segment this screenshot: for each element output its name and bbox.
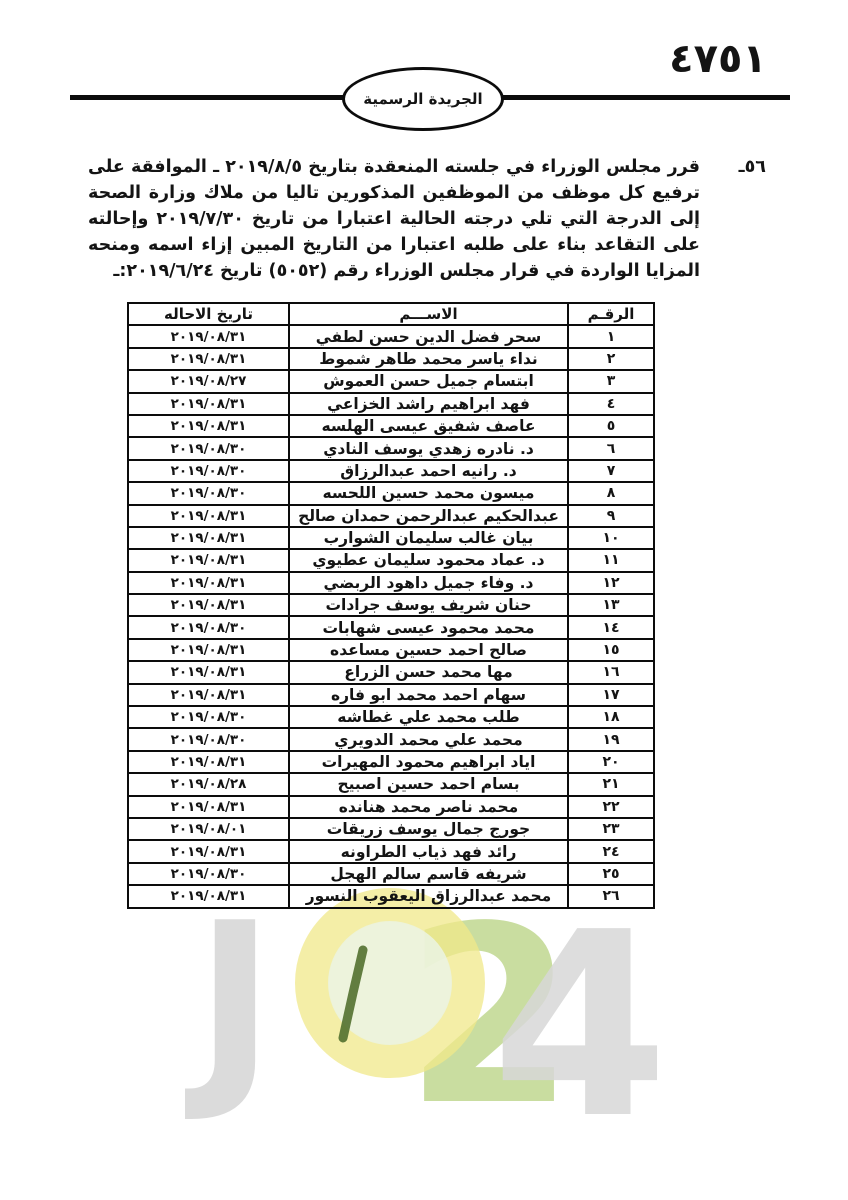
table-row: ٩ عبدالحكيم عبدالرحمن حمدان صالح ٢٠١٩/٠٨… <box>128 505 654 527</box>
header-number: الرقـم <box>568 303 654 325</box>
row-number-cell: ١٣ <box>568 594 654 616</box>
row-name-cell: د. رانيه احمد عبدالرزاق <box>289 460 568 482</box>
table-row: ١٣ حنان شريف يوسف جرادات ٢٠١٩/٠٨/٣١ <box>128 594 654 616</box>
row-name-cell: محمد علي محمد الدويري <box>289 728 568 750</box>
table-row: ٧ د. رانيه احمد عبدالرزاق ٢٠١٩/٠٨/٣٠ <box>128 460 654 482</box>
row-number-cell: ٢٣ <box>568 818 654 840</box>
row-date-cell: ٢٠١٩/٠٨/٣١ <box>128 348 289 370</box>
table-row: ٢٣ جورج جمال يوسف زريقات ٢٠١٩/٠٨/٠١ <box>128 818 654 840</box>
row-date-cell: ٢٠١٩/٠٨/٣١ <box>128 505 289 527</box>
row-name-cell: اياد ابراهيم محمود المهيرات <box>289 751 568 773</box>
row-number-cell: ١٩ <box>568 728 654 750</box>
row-name-cell: طلب محمد علي غطاشه <box>289 706 568 728</box>
row-number-cell: ١١ <box>568 549 654 571</box>
table-row: ٢١ بسام احمد حسين اصبيح ٢٠١٩/٠٨/٢٨ <box>128 773 654 795</box>
row-name-cell: عبدالحكيم عبدالرحمن حمدان صالح <box>289 505 568 527</box>
table-row: ٢٤ رائد فهد ذياب الطراونه ٢٠١٩/٠٨/٣١ <box>128 840 654 862</box>
table-row: ١٦ مها محمد حسن الزراع ٢٠١٩/٠٨/٣١ <box>128 661 654 683</box>
table-row: ٢٦ محمد عبدالرزاق اليعقوب النسور ٢٠١٩/٠٨… <box>128 885 654 907</box>
row-date-cell: ٢٠١٩/٠٨/٣١ <box>128 325 289 347</box>
row-number-cell: ٢٥ <box>568 863 654 885</box>
row-date-cell: ٢٠١٩/٠٨/٣١ <box>128 415 289 437</box>
header-name: الاســـم <box>289 303 568 325</box>
row-number-cell: ١٨ <box>568 706 654 728</box>
row-number-cell: ٤ <box>568 393 654 415</box>
table-row: ١٤ محمد محمود عيسى شهابات ٢٠١٩/٠٨/٣٠ <box>128 616 654 638</box>
row-name-cell: صالح احمد حسين مساعده <box>289 639 568 661</box>
header-date: تاريخ الاحاله <box>128 303 289 325</box>
row-date-cell: ٢٠١٩/٠٨/٣١ <box>128 840 289 862</box>
table-row: ٨ ميسون محمد حسين اللحسه ٢٠١٩/٠٨/٣٠ <box>128 482 654 504</box>
clock-hands-icon <box>343 950 363 1038</box>
row-name-cell: مها محمد حسن الزراع <box>289 661 568 683</box>
table-row: ١١ د. عماد محمود سليمان عطيوي ٢٠١٩/٠٨/٣١ <box>128 549 654 571</box>
row-number-cell: ٢١ <box>568 773 654 795</box>
row-number-cell: ٥ <box>568 415 654 437</box>
table-row: ١٠ بيان غالب سليمان الشوارب ٢٠١٩/٠٨/٣١ <box>128 527 654 549</box>
row-date-cell: ٢٠١٩/٠٨/٢٨ <box>128 773 289 795</box>
row-date-cell: ٢٠١٩/٠٨/٣١ <box>128 639 289 661</box>
row-name-cell: بسام احمد حسين اصبيح <box>289 773 568 795</box>
table-row: ٢٥ شريفه قاسم سالم الهجل ٢٠١٩/٠٨/٣٠ <box>128 863 654 885</box>
row-number-cell: ٢٦ <box>568 885 654 907</box>
retirement-table: الرقـم الاســـم تاريخ الاحاله ١ سحر فضل … <box>127 302 655 909</box>
row-date-cell: ٢٠١٩/٠٨/٣١ <box>128 796 289 818</box>
row-date-cell: ٢٠١٩/٠٨/٣١ <box>128 594 289 616</box>
row-name-cell: د. عماد محمود سليمان عطيوي <box>289 549 568 571</box>
table-row: ٦ د. نادره زهدي يوسف النادي ٢٠١٩/٠٨/٣٠ <box>128 437 654 459</box>
row-number-cell: ١ <box>568 325 654 347</box>
row-date-cell: ٢٠١٩/٠٨/٣١ <box>128 572 289 594</box>
gazette-banner: الجريدة الرسمية <box>342 67 504 131</box>
row-name-cell: محمد ناصر محمد هنانده <box>289 796 568 818</box>
row-name-cell: حنان شريف يوسف جرادات <box>289 594 568 616</box>
row-number-cell: ٩ <box>568 505 654 527</box>
row-number-cell: ٧ <box>568 460 654 482</box>
row-date-cell: ٢٠١٩/٠٨/٣٠ <box>128 728 289 750</box>
table-row: ١٧ سهام احمد محمد ابو فاره ٢٠١٩/٠٨/٣١ <box>128 684 654 706</box>
row-date-cell: ٢٠١٩/٠٨/٣٠ <box>128 482 289 504</box>
row-name-cell: رائد فهد ذياب الطراونه <box>289 840 568 862</box>
row-date-cell: ٢٠١٩/٠٨/٣٠ <box>128 437 289 459</box>
row-number-cell: ٢٤ <box>568 840 654 862</box>
row-name-cell: محمد محمود عيسى شهابات <box>289 616 568 638</box>
row-name-cell: بيان غالب سليمان الشوارب <box>289 527 568 549</box>
row-number-cell: ٨ <box>568 482 654 504</box>
row-date-cell: ٢٠١٩/٠٨/٣١ <box>128 885 289 907</box>
row-date-cell: ٢٠١٩/٠٨/٣١ <box>128 393 289 415</box>
watermark-clock-icon <box>312 905 468 1061</box>
row-name-cell: ابتسام جميل حسن العموش <box>289 370 568 392</box>
row-date-cell: ٢٠١٩/٠٨/٣١ <box>128 684 289 706</box>
table-row: ٢٢ محمد ناصر محمد هنانده ٢٠١٩/٠٨/٣١ <box>128 796 654 818</box>
row-number-cell: ١٤ <box>568 616 654 638</box>
row-date-cell: ٢٠١٩/٠٨/٣١ <box>128 661 289 683</box>
row-name-cell: د. وفاء جميل داهود الربضي <box>289 572 568 594</box>
row-number-cell: ٢٠ <box>568 751 654 773</box>
row-number-cell: ١٦ <box>568 661 654 683</box>
row-name-cell: د. نادره زهدي يوسف النادي <box>289 437 568 459</box>
row-date-cell: ٢٠١٩/٠٨/٣٠ <box>128 863 289 885</box>
decree-text: قرر مجلس الوزراء في جلسته المنعقدة بتاري… <box>88 154 700 284</box>
row-date-cell: ٢٠١٩/٠٨/٣٠ <box>128 460 289 482</box>
row-name-cell: شريفه قاسم سالم الهجل <box>289 863 568 885</box>
clock-ring <box>312 905 468 1061</box>
table-header-row: الرقـم الاســـم تاريخ الاحاله <box>128 303 654 325</box>
watermark-letter-2: 2 <box>405 874 575 1138</box>
gazette-banner-title: الجريدة الرسمية <box>363 90 482 108</box>
table-row: ١ سحر فضل الدين حسن لطفي ٢٠١٩/٠٨/٣١ <box>128 325 654 347</box>
row-number-cell: ٢ <box>568 348 654 370</box>
row-name-cell: فهد ابراهيم راشد الخزاعي <box>289 393 568 415</box>
table-row: ٢ نداء ياسر محمد طاهر شموط ٢٠١٩/٠٨/٣١ <box>128 348 654 370</box>
row-name-cell: نداء ياسر محمد طاهر شموط <box>289 348 568 370</box>
row-name-cell: محمد عبدالرزاق اليعقوب النسور <box>289 885 568 907</box>
row-number-cell: ١٢ <box>568 572 654 594</box>
row-name-cell: ميسون محمد حسين اللحسه <box>289 482 568 504</box>
row-date-cell: ٢٠١٩/٠٨/٣١ <box>128 527 289 549</box>
table-row: ٤ فهد ابراهيم راشد الخزاعي ٢٠١٩/٠٨/٣١ <box>128 393 654 415</box>
table-row: ٣ ابتسام جميل حسن العموش ٢٠١٩/٠٨/٢٧ <box>128 370 654 392</box>
row-date-cell: ٢٠١٩/٠٨/٣١ <box>128 549 289 571</box>
clock-face <box>328 921 452 1045</box>
watermark-letter-j: J <box>185 876 275 1127</box>
table-row: ٢٠ اياد ابراهيم محمود المهيرات ٢٠١٩/٠٨/٣… <box>128 751 654 773</box>
row-date-cell: ٢٠١٩/٠٨/٠١ <box>128 818 289 840</box>
retirement-table-body: ١ سحر فضل الدين حسن لطفي ٢٠١٩/٠٨/٣١ ٢ ند… <box>128 325 654 907</box>
table-row: ١٢ د. وفاء جميل داهود الربضي ٢٠١٩/٠٨/٣١ <box>128 572 654 594</box>
page-number: ٤٧٥١ <box>658 36 778 82</box>
row-name-cell: جورج جمال يوسف زريقات <box>289 818 568 840</box>
row-name-cell: سهام احمد محمد ابو فاره <box>289 684 568 706</box>
row-date-cell: ٢٠١٩/٠٨/٢٧ <box>128 370 289 392</box>
row-name-cell: سحر فضل الدين حسن لطفي <box>289 325 568 347</box>
gazette-page: J 2 4 ٤٧٥١ الجريدة الرسمية ٥٦ـ قرر مجلس … <box>0 0 848 1200</box>
row-date-cell: ٢٠١٩/٠٨/٣٠ <box>128 706 289 728</box>
row-date-cell: ٢٠١٩/٠٨/٣٠ <box>128 616 289 638</box>
row-number-cell: ٣ <box>568 370 654 392</box>
row-number-cell: ١٠ <box>568 527 654 549</box>
table-row: ١٨ طلب محمد علي غطاشه ٢٠١٩/٠٨/٣٠ <box>128 706 654 728</box>
decree-item-number: ٥٦ـ <box>706 154 766 180</box>
row-name-cell: عاصف شفيق عيسى الهلسه <box>289 415 568 437</box>
row-number-cell: ١٧ <box>568 684 654 706</box>
table-row: ١٩ محمد علي محمد الدويري ٢٠١٩/٠٨/٣٠ <box>128 728 654 750</box>
decree-paragraph: ٥٦ـ قرر مجلس الوزراء في جلسته المنعقدة ب… <box>88 154 766 284</box>
watermark-letter-4: 4 <box>491 878 668 1138</box>
row-number-cell: ٢٢ <box>568 796 654 818</box>
table-row: ١٥ صالح احمد حسين مساعده ٢٠١٩/٠٨/٣١ <box>128 639 654 661</box>
row-number-cell: ١٥ <box>568 639 654 661</box>
row-number-cell: ٦ <box>568 437 654 459</box>
row-date-cell: ٢٠١٩/٠٨/٣١ <box>128 751 289 773</box>
table-row: ٥ عاصف شفيق عيسى الهلسه ٢٠١٩/٠٨/٣١ <box>128 415 654 437</box>
